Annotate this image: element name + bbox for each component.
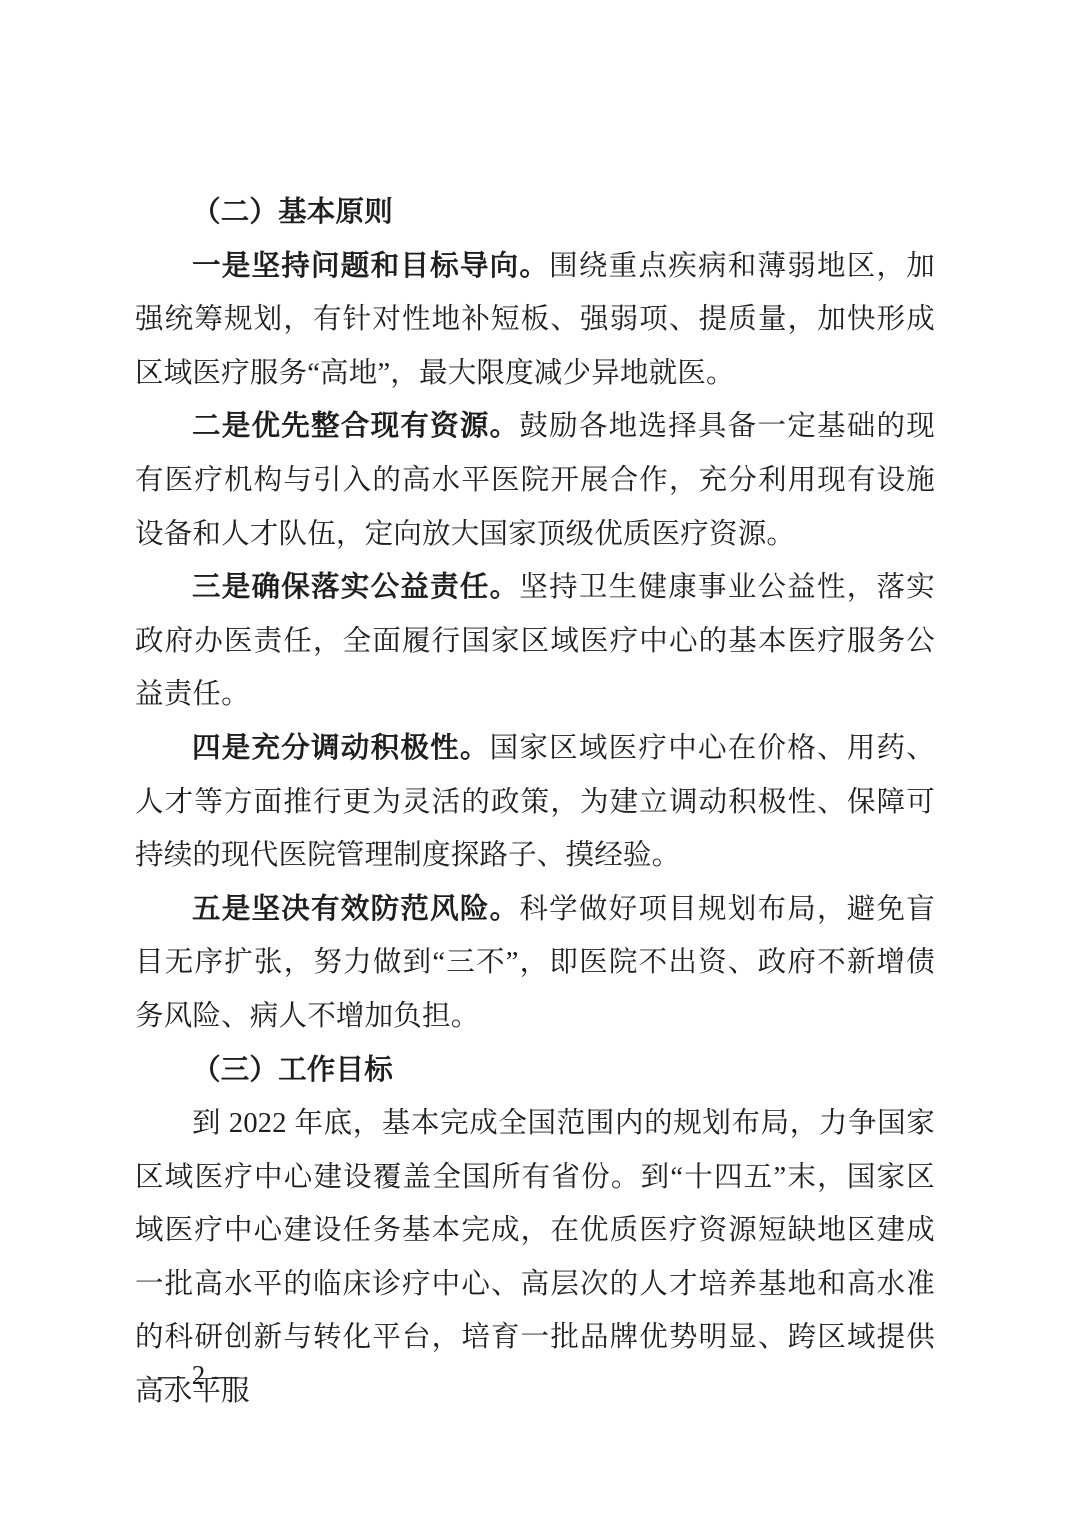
document-content: （二）基本原则 一是坚持问题和目标导向。围绕重点疾病和薄弱地区，加强统筹规划，有…	[135, 186, 935, 1419]
paragraph-principle-3: 三是确保落实公益责任。坚持卫生健康事业公益性，落实政府办医责任，全面履行国家区域…	[135, 561, 935, 722]
paragraph-lead: 三是确保落实公益责任。	[192, 572, 519, 603]
section-heading-work-goals: （三）工作目标	[135, 1044, 935, 1098]
paragraph-principle-5: 五是坚决有效防范风险。科学做好项目规划布局，避免盲目无序扩张，努力做到“三不”，…	[135, 883, 935, 1044]
page-number: — 2 —	[158, 1358, 239, 1392]
paragraph-lead: 二是优先整合现有资源。	[192, 411, 519, 442]
paragraph-body: 到 2022 年底，基本完成全国范围内的规划布局，力争国家区域医疗中心建设覆盖全…	[135, 1108, 935, 1407]
section-heading-basic-principles: （二）基本原则	[135, 186, 935, 240]
document-page: （二）基本原则 一是坚持问题和目标导向。围绕重点疾病和薄弱地区，加强统筹规划，有…	[0, 0, 1080, 1527]
paragraph-lead: 一是坚持问题和目标导向。	[192, 251, 549, 282]
paragraph-lead: 四是充分调动积极性。	[192, 733, 490, 764]
paragraph-work-goals: 到 2022 年底，基本完成全国范围内的规划布局，力争国家区域医疗中心建设覆盖全…	[135, 1097, 935, 1419]
paragraph-principle-4: 四是充分调动积极性。国家区域医疗中心在价格、用药、人才等方面推行更为灵活的政策，…	[135, 722, 935, 883]
paragraph-lead: 五是坚决有效防范风险。	[192, 894, 519, 925]
paragraph-principle-2: 二是优先整合现有资源。鼓励各地选择具备一定基础的现有医疗机构与引入的高水平医院开…	[135, 400, 935, 561]
paragraph-principle-1: 一是坚持问题和目标导向。围绕重点疾病和薄弱地区，加强统筹规划，有针对性地补短板、…	[135, 240, 935, 401]
